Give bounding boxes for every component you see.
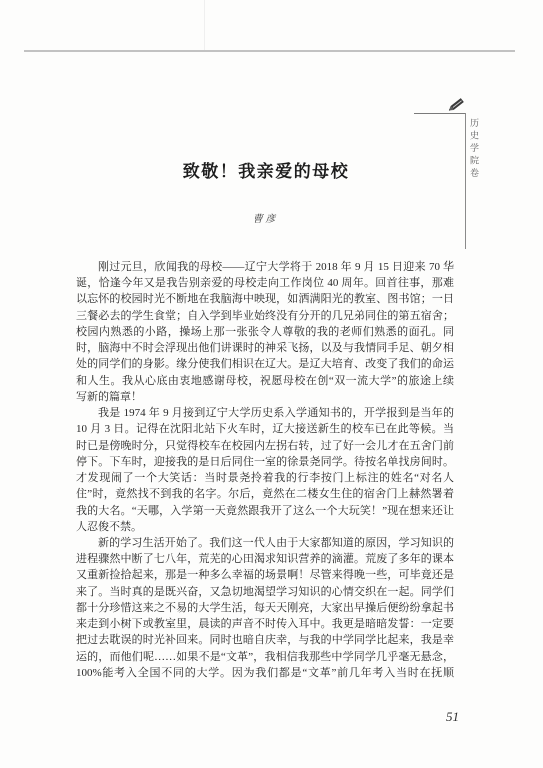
text-line: 诞，恰逢今年又是我告别亲爱的母校走向工作岗位 40 周年。回首往事，那难 bbox=[76, 275, 454, 291]
page-number: 51 bbox=[446, 709, 459, 725]
text-line: 才发现闹了一个大笑话：当时景尧拎着我的行李按门上标注的姓名“对名人 bbox=[76, 470, 454, 486]
text-line: 写新的篇章！ bbox=[76, 389, 454, 405]
text-line: 人忍俊不禁。 bbox=[76, 519, 454, 535]
article-title: 致敬！我亲爱的母校 bbox=[0, 161, 532, 183]
text-line: 以忘怀的校园时光不断地在我脑海中映现，如洒满阳光的教室、图书馆；一日 bbox=[76, 291, 454, 307]
text-line: 把过去耽误的时光补回来。同时也暗自庆幸，与我的中学同学比起来，我是幸 bbox=[76, 632, 454, 648]
text-line: 处的同学们的身影。缘分使我们相识在辽大。是辽大培育、改变了我们的命运 bbox=[76, 356, 454, 372]
text-line: 我的大名。“天哪，入学第一天竟然跟我开了这么一个大玩笑！”现在想来还让 bbox=[76, 503, 454, 519]
text-line: 运的，而他们呢……如果不是“文革”，我相信我那些中学同学几乎毫无悬念， bbox=[76, 649, 454, 665]
text-line: 又重新捡拾起来，那是一种多么幸福的场景啊！尽管来得晚一些，可毕竟还是 bbox=[76, 567, 454, 583]
text-line: 停下。下车时，迎接我的是日后同住一室的徐景尧同学。待按名单找房间时。 bbox=[76, 454, 454, 470]
pencil-icon bbox=[446, 97, 466, 113]
scan-fold-line bbox=[204, 0, 205, 50]
text-line: 时已是傍晚时分，只觉得校车在校园内左拐右转，过了好一会儿才在五舍门前 bbox=[76, 438, 454, 454]
section-marker-horizontal-rule bbox=[414, 113, 466, 114]
text-line: 10 月 3 日。记得在沈阳北站下火车时，辽大接送新生的校车已在此等候。当 bbox=[76, 421, 454, 437]
text-line: 进程骤然中断了七八年，荒芜的心田渴求知识营养的滴灌。荒废了多年的课本 bbox=[76, 551, 454, 567]
text-line: 住”时，竟然找不到我的名字。尔后，竟然在二楼女生住的宿舍门上赫然署着 bbox=[76, 486, 454, 502]
text-line: 和人生。我从心底由衷地感谢母校，祝愿母校在创“双一流大学”的旅途上续 bbox=[76, 373, 454, 389]
text-line: 刚过元旦，欣闻我的母校——辽宁大学将于 2018 年 9 月 15 日迎来 70… bbox=[76, 259, 454, 275]
paragraph-3: 新的学习生活开始了。我们这一代人由于大家都知道的原因，学习知识的 进程骤然中断了… bbox=[76, 535, 454, 681]
paragraph-1: 刚过元旦，欣闻我的母校——辽宁大学将于 2018 年 9 月 15 日迎来 70… bbox=[76, 259, 454, 405]
text-line: 来了。当时真的是既兴奋，又急切地渴望学习知识的心情交织在一起。同学们 bbox=[76, 584, 454, 600]
text-line: 校园内熟悉的小路，操场上那一张张令人尊敬的我的老师们熟悉的面孔。同 bbox=[76, 324, 454, 340]
text-line: 我是 1974 年 9 月接到辽宁大学历史系入学通知书的，开学报到是当年的 bbox=[76, 405, 454, 421]
text-line: 来走到小树下或教室里，晨读的声音不时传入耳中。我更是暗暗发誓：一定要 bbox=[76, 616, 454, 632]
text-line: 100%能考入全国不同的大学。因为我们都是“文革”前几年考入当时在抚顺 bbox=[76, 665, 454, 681]
text-line: 时，脑海中不时会浮现出他们讲课时的神采飞扬，以及与我情同手足、朝夕相 bbox=[76, 340, 454, 356]
text-line: 都十分珍惜这来之不易的大学生活，每天天刚亮，大家出早操后便纷纷拿起书 bbox=[76, 600, 454, 616]
header-rule bbox=[24, 50, 515, 52]
article-body: 刚过元旦，欣闻我的母校——辽宁大学将于 2018 年 9 月 15 日迎来 70… bbox=[76, 259, 454, 681]
article-author: 曹 彦 bbox=[0, 213, 528, 227]
text-line: 三餐必去的学生食堂；自入学到毕业始终没有分开的几兄弟同住的第五宿舍； bbox=[76, 308, 454, 324]
text-line: 新的学习生活开始了。我们这一代人由于大家都知道的原因，学习知识的 bbox=[76, 535, 454, 551]
paragraph-2: 我是 1974 年 9 月接到辽宁大学历史系入学通知书的，开学报到是当年的 10… bbox=[76, 405, 454, 535]
